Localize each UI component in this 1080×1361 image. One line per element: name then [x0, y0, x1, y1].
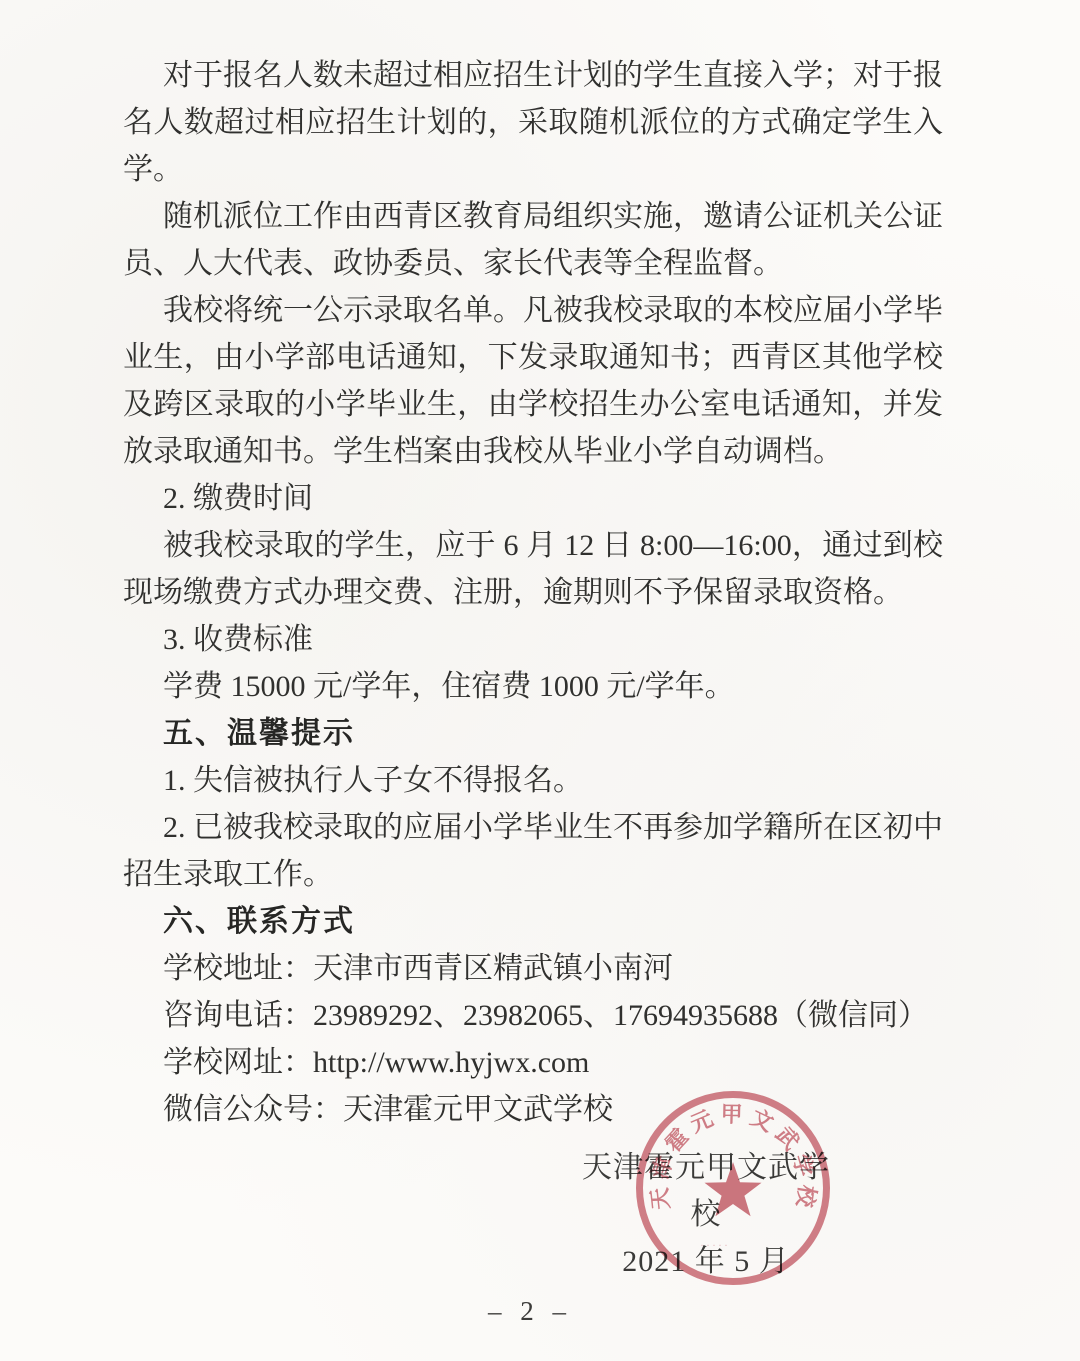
paragraph: 学校地址：天津市西青区精武镇小南河: [123, 945, 943, 992]
official-seal-stamp: 天津霍元甲文武学校 ·····: [622, 1077, 844, 1299]
paragraph: 3. 收费标准: [123, 616, 943, 663]
paragraph: 我校将统一公示录取名单。凡被我校录取的本校应届小学毕业生，由小学部电话通知，下发…: [123, 287, 943, 475]
seal-star-icon: [705, 1162, 762, 1216]
paragraph: 被我校录取的学生，应于 6 月 12 日 8:00—16:00，通过到校现场缴费…: [123, 522, 943, 616]
paragraph: 对于报名人数未超过相应招生计划的学生直接入学；对于报名人数超过相应招生计划的，采…: [123, 52, 943, 193]
paragraph: 学费 15000 元/学年，住宿费 1000 元/学年。: [123, 663, 943, 710]
page-number: – 2 –: [0, 1296, 1060, 1327]
section-heading: 六、联系方式: [123, 898, 943, 945]
paragraph: 咨询电话：23989292、23982065、17694935688（微信同）: [123, 992, 943, 1039]
document-body: 对于报名人数未超过相应招生计划的学生直接入学；对于报名人数超过相应招生计划的，采…: [123, 52, 943, 1133]
section-heading: 五、温馨提示: [123, 710, 943, 757]
paragraph: 2. 缴费时间: [123, 475, 943, 522]
seal-smudge-mark: ·····: [700, 1238, 730, 1252]
paragraph: 随机派位工作由西青区教育局组织实施，邀请公证机关公证员、人大代表、政协委员、家长…: [123, 193, 943, 287]
scanned-document-page: 对于报名人数未超过相应招生计划的学生直接入学；对于报名人数超过相应招生计划的，采…: [0, 0, 1080, 1361]
paragraph: 1. 失信被执行人子女不得报名。: [123, 757, 943, 804]
paragraph: 2. 已被我校录取的应届小学毕业生不再参加学籍所在区初中招生录取工作。: [123, 804, 943, 898]
